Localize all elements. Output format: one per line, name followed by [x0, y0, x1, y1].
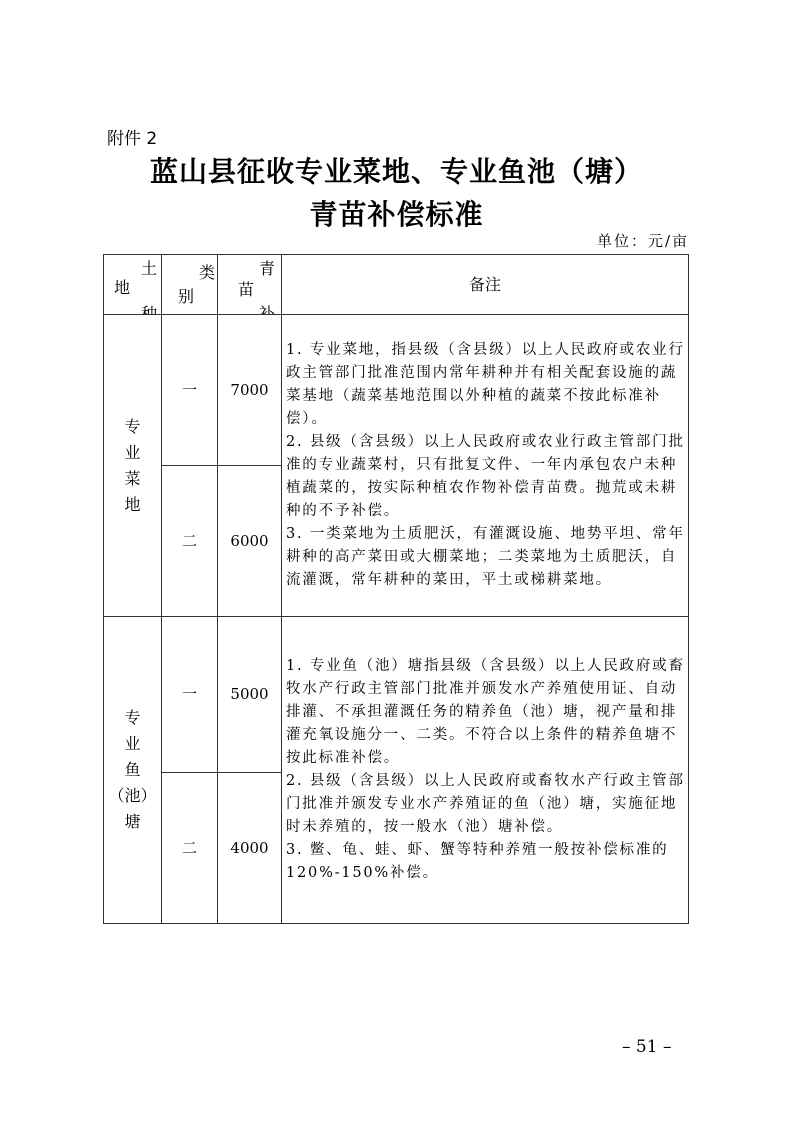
- amount-cell: 5000: [218, 617, 282, 773]
- compensation-table: 土 地 种 类 别 青 苗 补 备注 专 业 菜 地 一: [103, 254, 689, 924]
- remarks-cell: 1. 专业菜地，指县级（含县级）以上人民政府或农业行政主管部门批准范围内常年耕种…: [282, 315, 689, 617]
- table-row: 专 业 菜 地 一 7000 1. 专业菜地，指县级（含县级）以上人民政府或农业…: [104, 315, 689, 466]
- amount-cell: 7000: [218, 315, 282, 466]
- header-compensation: 青 苗 补: [218, 255, 282, 315]
- table-header-row: 土 地 种 类 别 青 苗 补 备注: [104, 255, 689, 315]
- unit-label: 单位：元/亩: [597, 230, 689, 251]
- page-number: – 51 –: [622, 1037, 671, 1057]
- attachment-label: 附件 2: [107, 124, 157, 149]
- land-type-cell: 专 业 鱼 （池） 塘: [104, 617, 162, 924]
- grade-cell: 二: [162, 773, 218, 924]
- document-title-line1: 蓝山县征收专业菜地、专业鱼池（塘）: [0, 150, 793, 190]
- grade-cell: 二: [162, 466, 218, 617]
- document-title-line2: 青苗补偿标准: [0, 193, 793, 233]
- table-row: 专 业 鱼 （池） 塘 一 5000 1. 专业鱼（池）塘指县级（含县级）以上人…: [104, 617, 689, 773]
- amount-cell: 6000: [218, 466, 282, 617]
- header-remarks: 备注: [282, 255, 689, 315]
- land-type-cell: 专 业 菜 地: [104, 315, 162, 617]
- header-category: 类 别: [162, 255, 218, 315]
- grade-cell: 一: [162, 315, 218, 466]
- amount-cell: 4000: [218, 773, 282, 924]
- grade-cell: 一: [162, 617, 218, 773]
- remarks-cell: 1. 专业鱼（池）塘指县级（含县级）以上人民政府或畜牧水产行政主管部门批准并颁发…: [282, 617, 689, 924]
- header-land-type: 土 地 种: [104, 255, 162, 315]
